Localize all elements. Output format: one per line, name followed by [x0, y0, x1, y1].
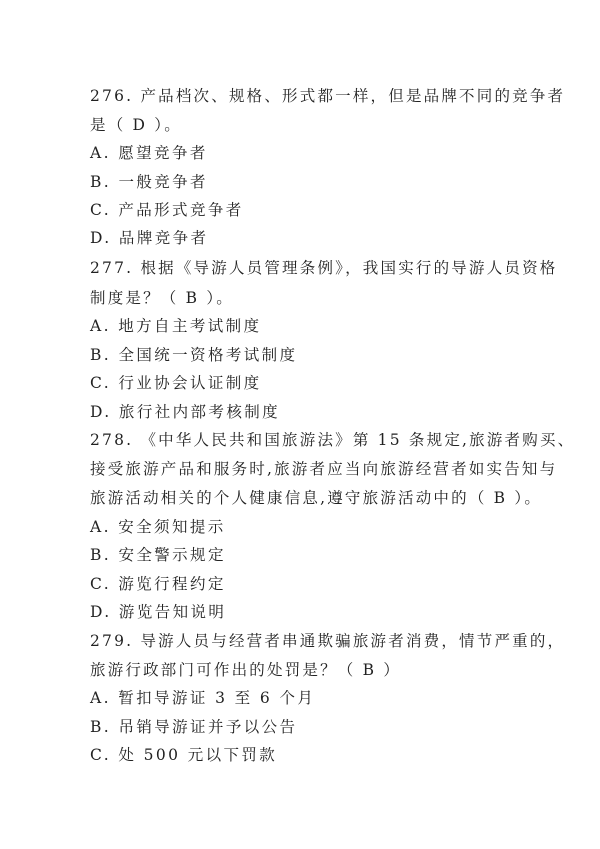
question-276-option-c: C. 产品形式竞争者	[90, 200, 244, 220]
question-276-line-1: 276. 产品档次、规格、形式都一样，但是品牌不同的竞争者	[90, 86, 565, 106]
question-278-option-a: A. 安全须知提示	[90, 517, 226, 537]
question-279-option-a: A. 暂扣导游证 3 至 6 个月	[90, 688, 315, 708]
question-278-option-b: B. 安全警示规定	[90, 545, 226, 565]
question-279-option-b: B. 吊销导游证并予以公告	[90, 717, 297, 737]
question-279-line-2: 旅游行政部门可作出的处罚是？（ B ）	[90, 660, 401, 680]
question-277-line-1: 277. 根据《导游人员管理条例》，我国实行的导游人员资格	[90, 258, 558, 278]
question-278-option-d: D. 游览告知说明	[90, 602, 226, 622]
question-278-line-1: 278. 《中华人民共和国旅游法》第 15 条规定,旅游者购买、	[90, 430, 575, 450]
question-276-line-2: 是（ D ）。	[90, 115, 182, 135]
question-278-line-2: 接受旅游产品和服务时,旅游者应当向旅游经营者如实告知与	[90, 459, 557, 479]
question-277-option-b: B. 全国统一资格考试制度	[90, 345, 297, 365]
question-276-option-d: D. 品牌竞争者	[90, 228, 208, 248]
document-page: 276. 产品档次、规格、形式都一样，但是品牌不同的竞争者 是（ D ）。 A.…	[0, 0, 600, 849]
question-277-line-2: 制度是？（ B ）。	[90, 288, 234, 308]
question-277-option-c: C. 行业协会认证制度	[90, 373, 262, 393]
question-279-line-1: 279. 导游人员与经营者串通欺骗旅游者消费，情节严重的，	[90, 631, 565, 651]
question-278-line-3: 旅游活动相关的个人健康信息,遵守旅游活动中的（ B ）。	[90, 488, 542, 508]
question-276-option-b: B. 一般竞争者	[90, 172, 208, 192]
question-276-option-a: A. 愿望竞争者	[90, 143, 208, 163]
question-278-option-c: C. 游览行程约定	[90, 574, 226, 594]
question-279-option-c: C. 处 500 元以下罚款	[90, 745, 277, 765]
question-277-option-a: A. 地方自主考试制度	[90, 316, 261, 336]
question-277-option-d: D. 旅行社内部考核制度	[90, 402, 280, 422]
